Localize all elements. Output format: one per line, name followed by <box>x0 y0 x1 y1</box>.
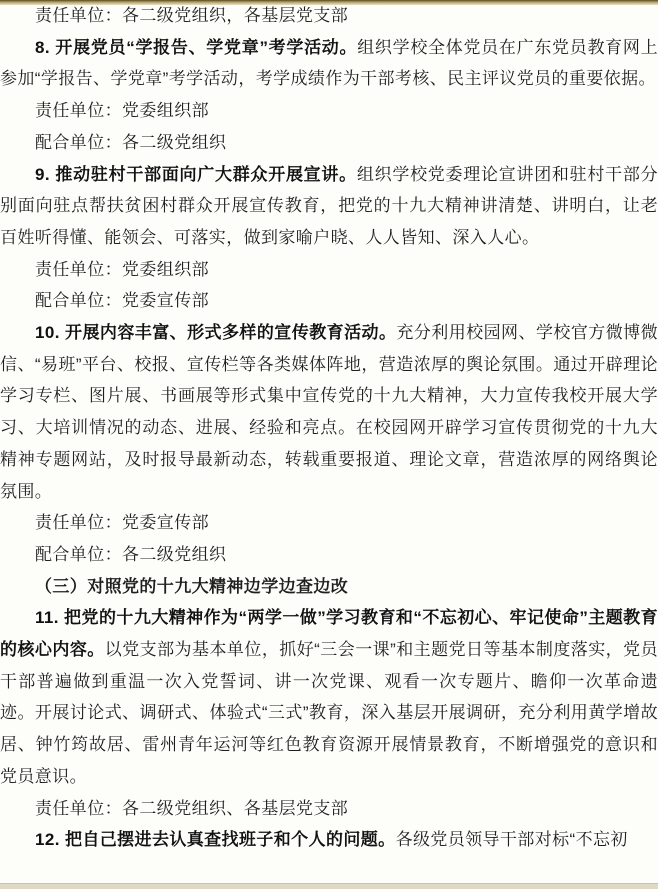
numbered-item-paragraph: 8. 开展党员“学报告、学党章”考学活动。组织学校全体党员在广东党员教育网上参加… <box>0 32 658 95</box>
responsibility-line: 责任单位：党委组织部 <box>0 254 658 286</box>
top-page-border <box>0 0 658 5</box>
responsibility-line: 配合单位：各二级党组织 <box>0 127 658 159</box>
responsibility-line: 责任单位：各二级党组织、各基层党支部 <box>0 793 658 825</box>
document-page: { "page": { "background": "#fdfdfa", "to… <box>0 0 658 889</box>
item-body-text: 各级党员领导干部对标“不忘初 <box>396 830 628 849</box>
numbered-item-paragraph: 12. 把自己摆进去认真查找班子和个人的问题。各级党员领导干部对标“不忘初 <box>0 824 658 856</box>
numbered-item-paragraph: 9. 推动驻村干部面向广大群众开展宣讲。组织学校党委理论宣讲团和驻村干部分别面向… <box>0 159 658 254</box>
item-lead-bold-text: 8. 开展党员“学报告、学党章”考学活动。 <box>35 38 357 57</box>
numbered-item-paragraph: 11. 把党的十九大精神作为“两学一做”学习教育和“不忘初心、牢记使命”主题教育… <box>0 602 658 792</box>
item-body-text: 充分利用校园网、学校官方微博微信、“易班”平台、校报、宣传栏等各类媒体阵地，营造… <box>0 323 658 501</box>
responsibility-line: 责任单位：党委组织部 <box>0 95 658 127</box>
item-lead-bold-text: 12. 把自己摆进去认真查找班子和个人的问题。 <box>35 830 396 849</box>
item-lead-bold-text: 10. 开展内容丰富、形式多样的宣传教育活动。 <box>35 323 396 342</box>
responsibility-line: 责任单位：党委宣传部 <box>0 507 658 539</box>
section-heading: （三）对照党的十九大精神边学边查边改 <box>0 571 658 603</box>
bottom-page-border <box>0 883 658 889</box>
item-body-text: 以党支部为基本单位，抓好“三会一课”和主题党日等基本制度落实，党员干部普遍做到重… <box>0 640 658 786</box>
document-text-area: 责任单位：各二级党组织，各基层党支部8. 开展党员“学报告、学党章”考学活动。组… <box>0 0 658 856</box>
responsibility-line: 配合单位：党委宣传部 <box>0 285 658 317</box>
responsibility-line: 配合单位：各二级党组织 <box>0 539 658 571</box>
numbered-item-paragraph: 10. 开展内容丰富、形式多样的宣传教育活动。充分利用校园网、学校官方微博微信、… <box>0 317 658 507</box>
item-lead-bold-text: 9. 推动驻村干部面向广大群众开展宣讲。 <box>35 165 357 184</box>
